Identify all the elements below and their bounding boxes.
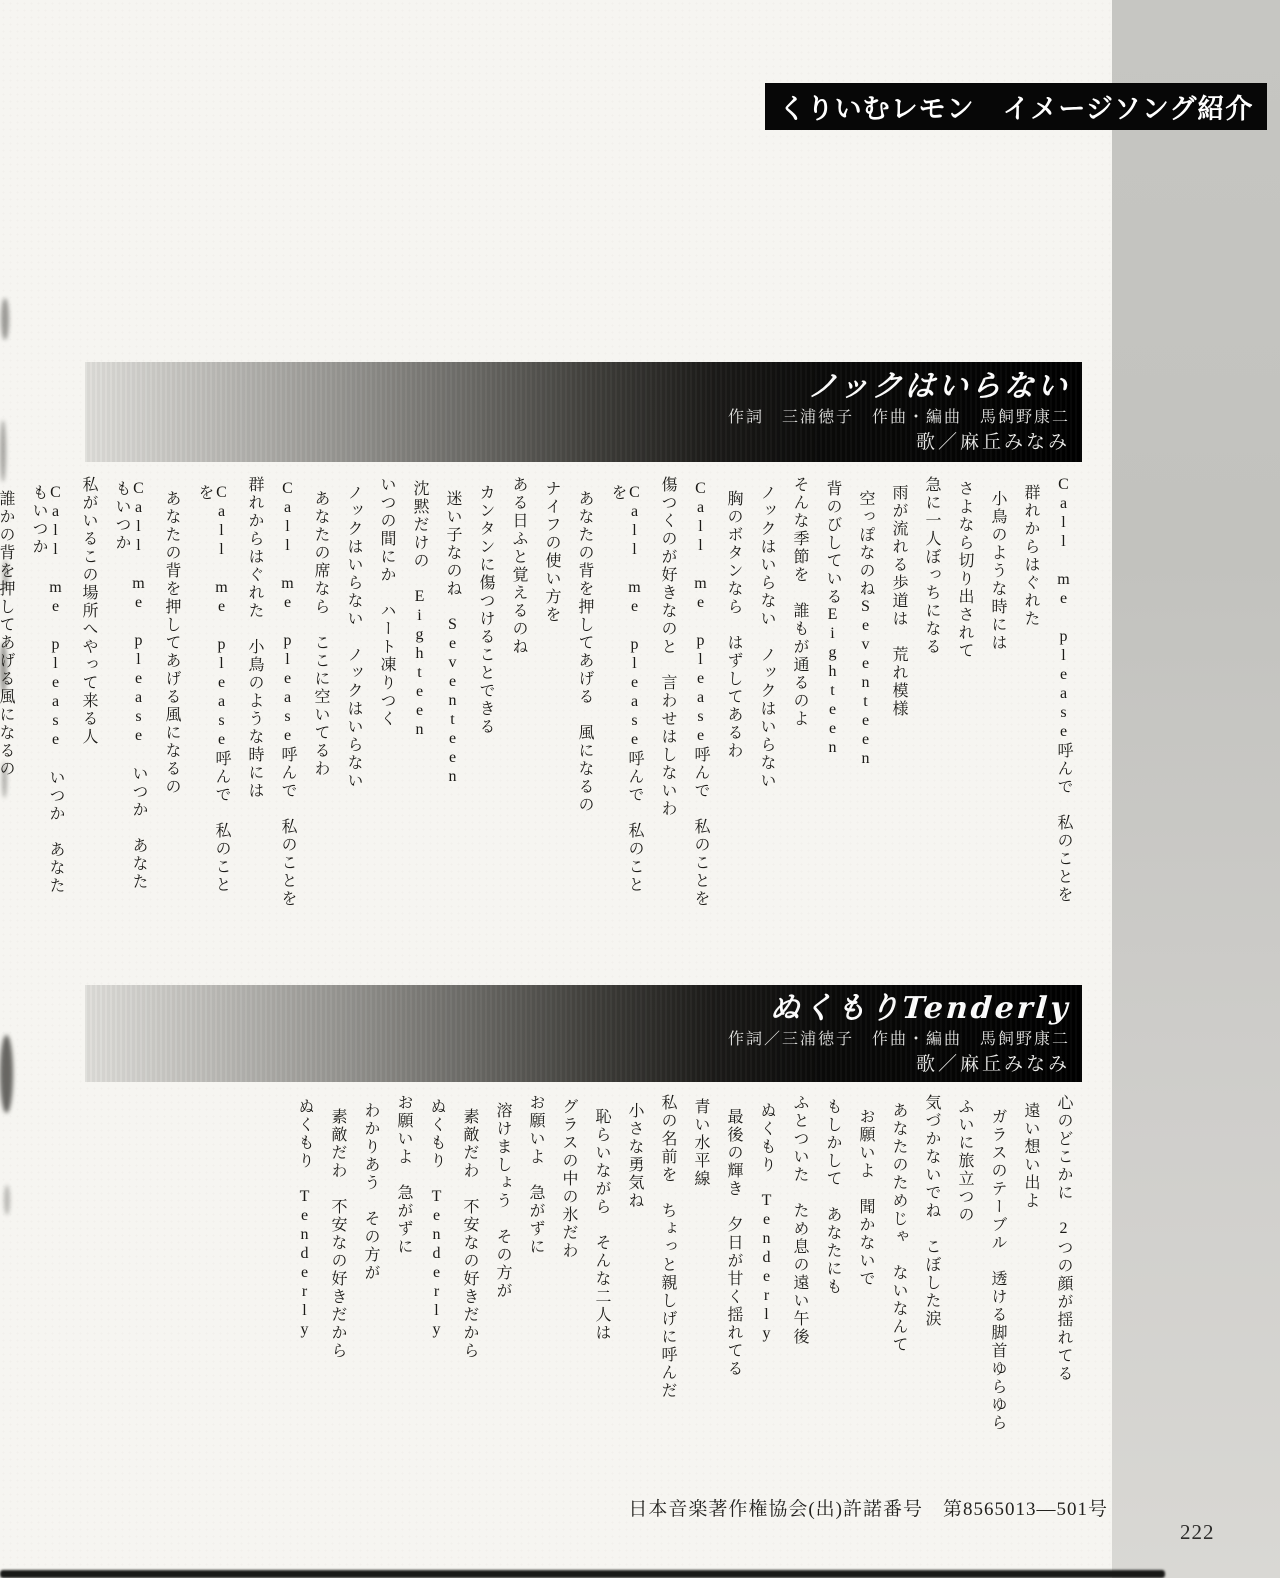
lyric-column: そんな季節を 誰もが通るのよ — [783, 476, 816, 908]
lyric-column: お願いよ 急がずに — [387, 1094, 420, 1504]
song2-title: ぬくもりTenderly — [768, 992, 1071, 1026]
lyric-column: グラスの中の氷だわ — [552, 1094, 585, 1504]
lyric-column: カンタンに傷つけることできる — [469, 476, 502, 908]
lyric-column: Call me please呼んで 私のことを — [188, 476, 238, 908]
page-number: 222 — [1180, 1520, 1215, 1545]
lyric-column: 溶けましょう その方が — [486, 1094, 519, 1504]
lyric-column: あなたの背を押してあげる風になるの — [155, 476, 188, 908]
lyric-column: わかりあう その方が — [354, 1094, 387, 1504]
scan-edge-artifact — [3, 560, 8, 590]
magazine-page: くりいむレモン イメージソング紹介 ノックはいらない 作詞 三浦徳子 作曲・編曲… — [0, 0, 1280, 1578]
scan-edge-artifact — [0, 1035, 13, 1113]
lyric-column: 最後の輝き 夕日が甘く揺れてる — [717, 1094, 750, 1504]
lyric-column: Call me please呼んで 私のことを — [601, 476, 651, 908]
lyric-column: 私の名前を ちょっと親しげに呼んだ — [651, 1094, 684, 1504]
song1-title-banner: ノックはいらない 作詞 三浦徳子 作曲・編曲 馬飼野康二 歌／麻丘みなみ — [85, 362, 1082, 462]
lyric-column: 気づかないでね こぼした涙 — [915, 1094, 948, 1504]
page-right-margin-strip — [1112, 0, 1280, 1578]
scan-edge-artifact — [2, 762, 7, 798]
song2-lyrics: 心のどこかに 2つの顔が揺れてる遠い想い出よガラスのテーブル 透ける脚首ゆらゆら… — [280, 1094, 1080, 1504]
song1-credits: 作詞 三浦徳子 作曲・編曲 馬飼野康二 — [728, 408, 1070, 428]
song1-lyrics: Call me please呼んで 私のことを群れからはぐれた小鳥のような時には… — [36, 476, 1080, 908]
lyric-column: もしかして あなたにも — [816, 1094, 849, 1504]
lyric-column: Call me please いつか あなたもいつか — [22, 476, 72, 908]
song1-singer: 歌／麻丘みなみ — [916, 431, 1070, 454]
song2-credits: 作詞／三浦徳子 作曲・編曲 馬飼野康二 — [728, 1030, 1070, 1050]
song1-title: ノックはいらない — [807, 370, 1071, 404]
lyric-column: 恥らいながら そんな二人は — [585, 1094, 618, 1504]
lyric-column: ノックはいらない ノックはいらない — [337, 476, 370, 908]
lyric-column: ある日ふと覚えるのね — [502, 476, 535, 908]
lyric-column: 空っぽなのねSeventeen — [849, 476, 882, 908]
song2-title-banner: ぬくもりTenderly 作詞／三浦徳子 作曲・編曲 馬飼野康二 歌／麻丘みなみ — [85, 985, 1082, 1082]
scan-edge-artifact — [4, 1185, 10, 1215]
lyric-column: ふとついた ため息の遠い午後 — [783, 1094, 816, 1504]
scan-edge-artifact — [0, 420, 6, 482]
lyric-column: Call me please呼んで 私のことを — [1047, 476, 1080, 908]
lyric-column: 小さな勇気ね — [618, 1094, 651, 1504]
lyric-column: 青い水平線 — [684, 1094, 717, 1504]
section-header-title: くりいむレモン イメージソング紹介 — [779, 87, 1254, 126]
lyric-column: 遠い想い出よ — [1014, 1094, 1047, 1504]
lyric-column: 小鳥のような時には — [981, 476, 1014, 908]
lyric-column: 背のびしているEighteen — [816, 476, 849, 908]
lyric-column: 急に一人ぼっちになる — [915, 476, 948, 908]
lyric-column: 群れからはぐれた — [1014, 476, 1047, 908]
scan-edge-artifact — [1, 298, 9, 340]
lyric-column: あなたの席なら ここに空いてるわ — [304, 476, 337, 908]
lyric-column: さよなら切り出されて — [948, 476, 981, 908]
song2-singer: 歌／麻丘みなみ — [916, 1053, 1070, 1076]
lyric-column: 素敵だわ 不安なの好きだから — [453, 1094, 486, 1504]
scan-edge-artifact — [0, 642, 7, 694]
lyric-column: 群れからはぐれた 小鳥のような時には — [238, 476, 271, 908]
lyric-column: 私がいるこの場所へやって来る人 — [72, 476, 105, 908]
lyric-column: お願いよ 急がずに — [519, 1094, 552, 1504]
lyric-column: Call me please呼んで 私のことを — [271, 476, 304, 908]
lyric-column: ナイフの使い方を — [535, 476, 568, 908]
lyric-column: 胸のボタンなら はずしてあるわ — [717, 476, 750, 908]
lyric-column: 迷い子なのね Seventeen — [436, 476, 469, 908]
lyric-column: あなたの背を押してあげる 風になるの — [568, 476, 601, 908]
lyric-column: 傷つくのが好きなのと 言わせはしないわ — [651, 476, 684, 908]
lyric-column: 沈黙だけの Eighteen — [403, 476, 436, 908]
lyric-column: Call me please呼んで 私のことを — [684, 476, 717, 908]
lyric-column: お願いよ 聞かないで — [849, 1094, 882, 1504]
lyric-column: いつの間にか ハート凍りつく — [370, 476, 403, 908]
lyric-column: Call me please いつか あなたもいつか — [105, 476, 155, 908]
section-header-bar: くりいむレモン イメージソング紹介 — [765, 83, 1267, 130]
lyric-column: 雨が流れる歩道は 荒れ模様 — [882, 476, 915, 908]
lyric-column: 心のどこかに 2つの顔が揺れてる — [1047, 1094, 1080, 1504]
jasrac-license-number: 日本音楽著作権協会(出)許諾番号 第8565013—501号 — [628, 1494, 1108, 1521]
lyric-column: ぬくもり Tenderly — [420, 1094, 453, 1504]
lyric-column: ぬくもり Tenderly — [750, 1094, 783, 1504]
lyric-column: ガラスのテーブル 透ける脚首ゆらゆら — [981, 1094, 1014, 1504]
lyric-column: ノックはいらない ノックはいらない — [750, 476, 783, 908]
lyric-column: 素敵だわ 不安なの好きだから — [321, 1094, 354, 1504]
scan-bottom-edge — [0, 1570, 1165, 1578]
lyric-column: ふいに旅立つの — [948, 1094, 981, 1504]
lyric-column: ぬくもり Tenderly — [288, 1094, 321, 1504]
lyric-column: あなたのためじゃ ないなんて — [882, 1094, 915, 1504]
